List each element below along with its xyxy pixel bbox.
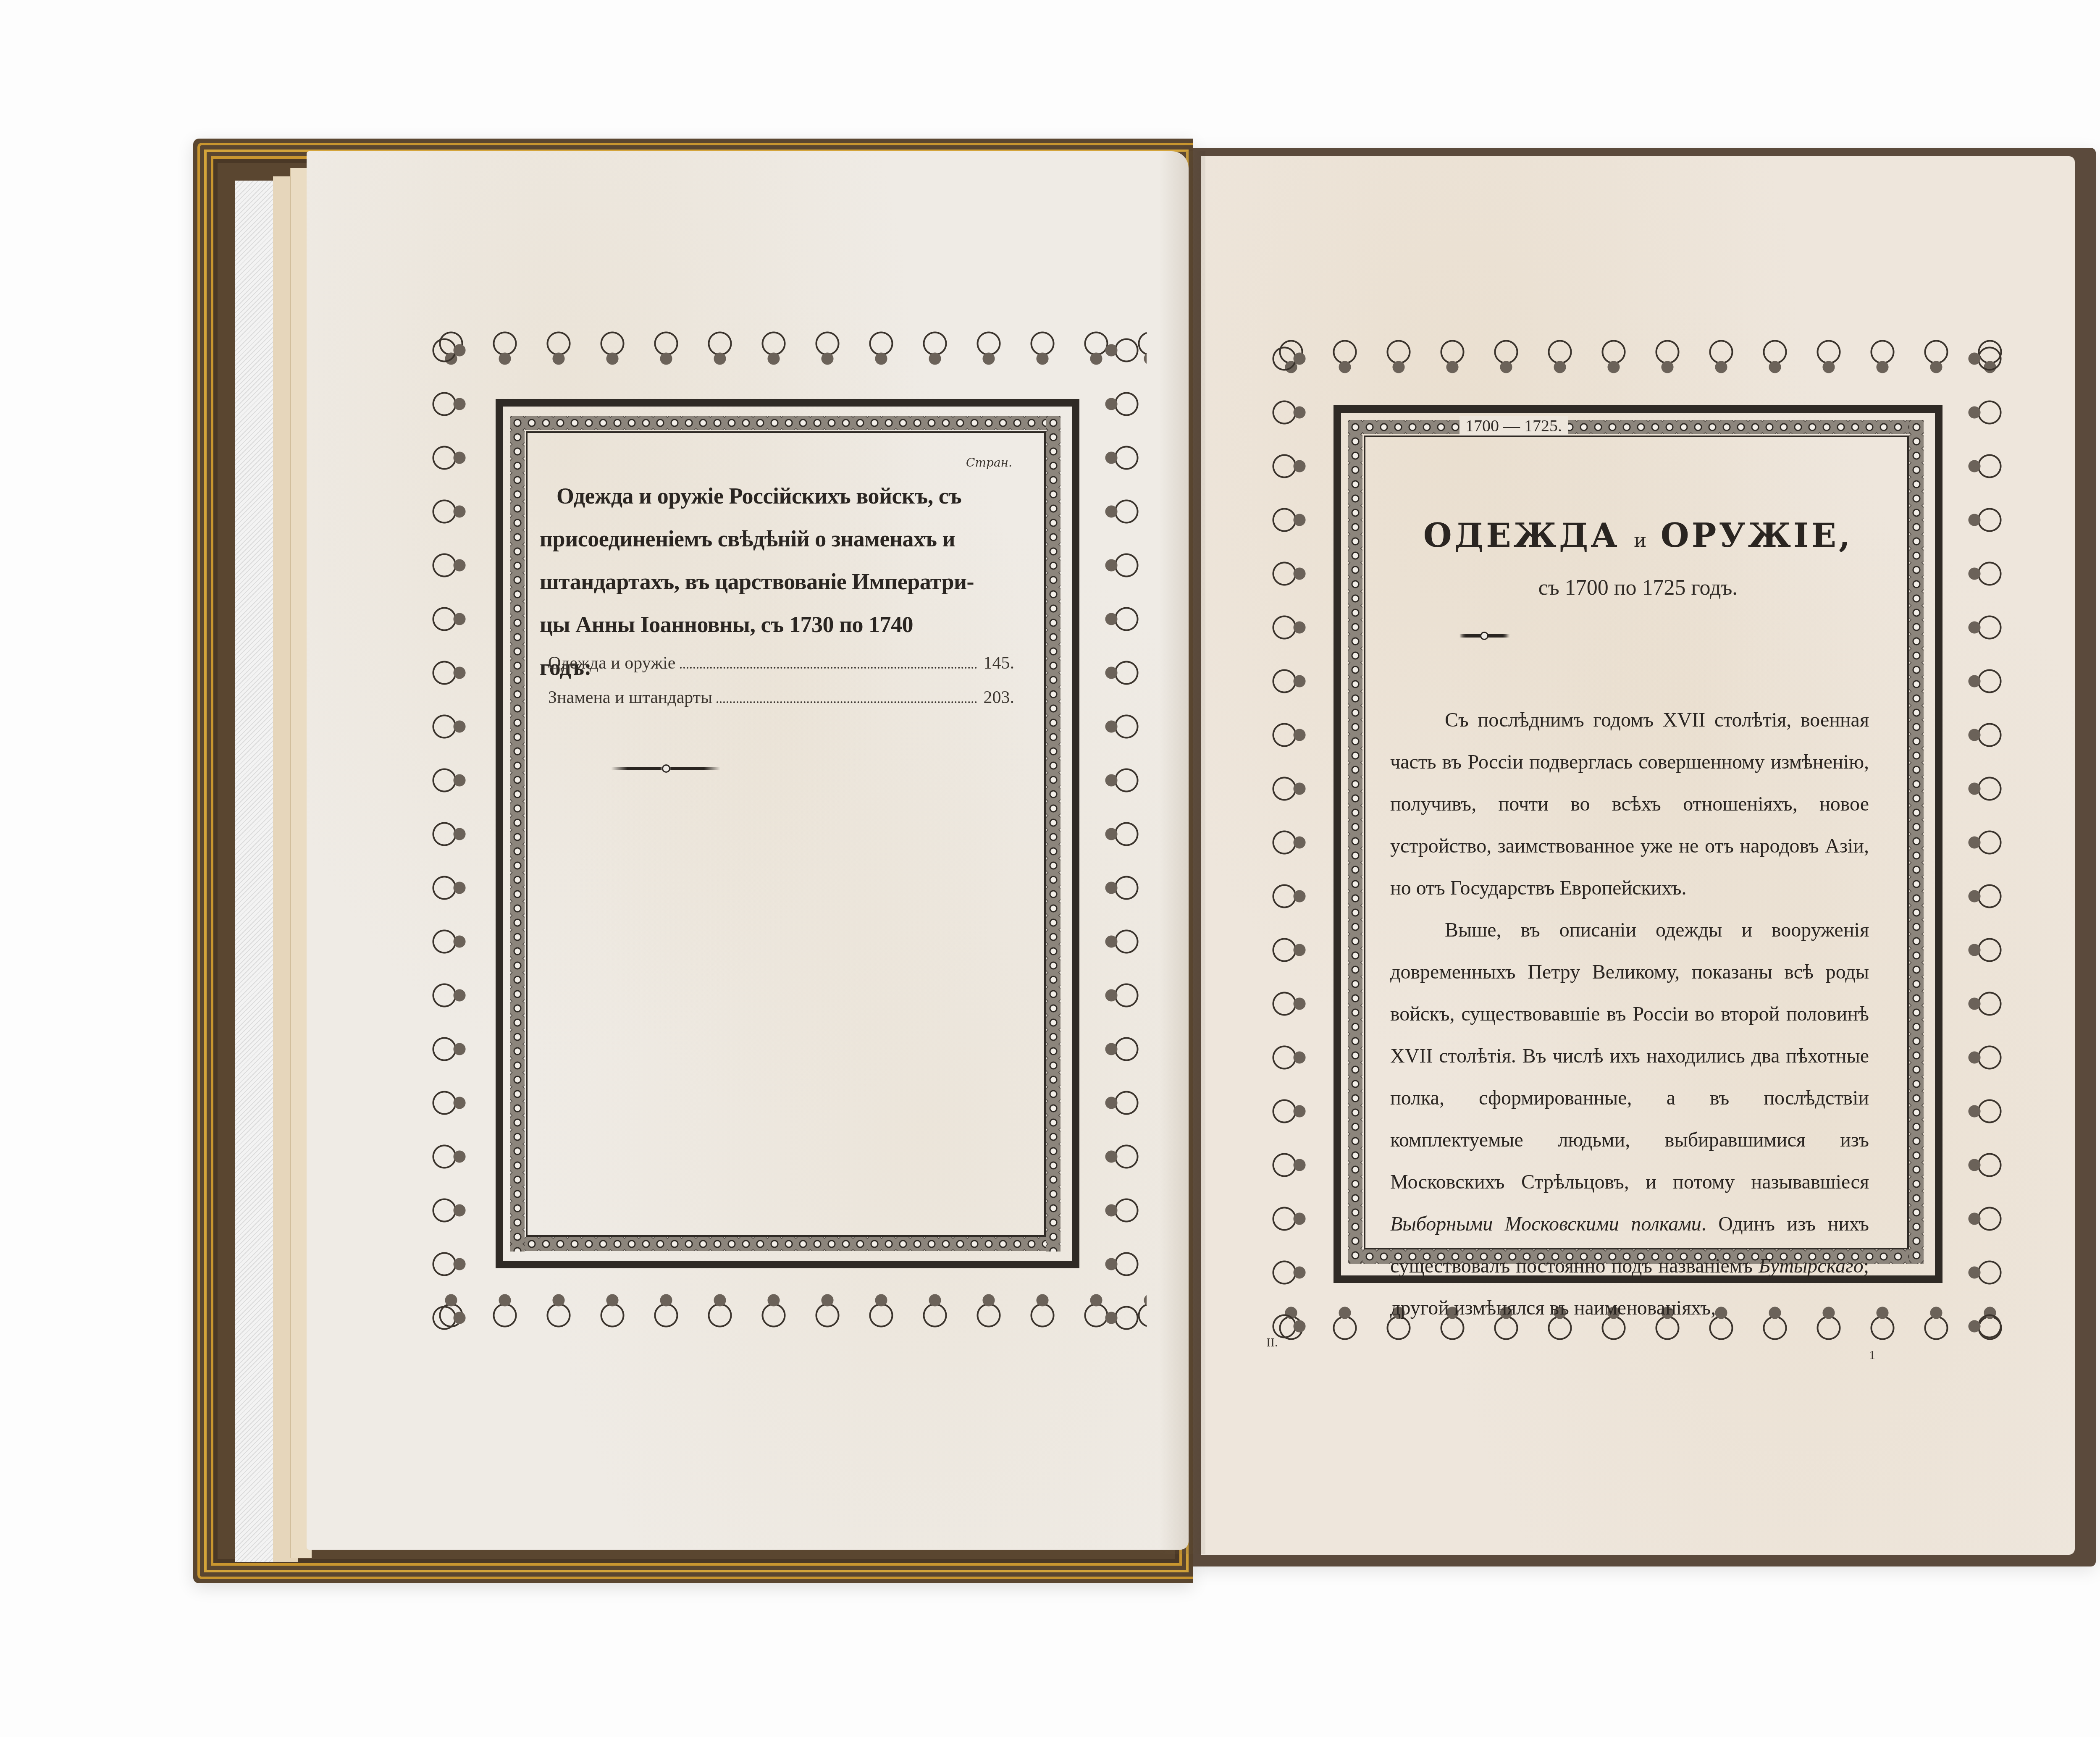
toc-heading-line: цы Анны Іоанновны, съ 1730 по 1740 [540,603,1031,646]
paragraph: Съ послѣднимъ годомъ XVII столѣтія, воен… [1390,699,1869,909]
chain-border-right [1909,420,1924,1263]
chain-border-left [510,416,525,1252]
signature-mark: 1 [1869,1348,1875,1362]
toc-heading-line: присоединеніемъ свѣдѣній о знаменахъ и [540,517,1031,560]
chapter-body: Съ послѣднимъ годомъ XVII столѣтія, воен… [1390,699,1869,1329]
toc-item-page: 203. [984,687,1015,708]
crest-border-left [424,323,475,1336]
paragraph-text: Выше, въ описаніи одежды и вооруженія до… [1390,919,1869,1193]
chain-border-right [1046,416,1060,1252]
crest-border-top [1264,332,2010,382]
ornamental-rule-center [1480,632,1488,640]
toc-heading-line: Одежда и оружіе Россійскихъ войскъ, съ [540,475,1031,517]
crest-border-top [424,323,1147,374]
chapter-title-joiner: и [1634,529,1647,551]
crest-border-bottom [424,1285,1147,1336]
toc-item-page: 145. [984,653,1015,673]
chain-border-top [510,416,1060,430]
chapter-title: ОДЕЖДА и ОРУЖІЕ, [1369,517,1907,555]
signature-mark: II. [1266,1336,1278,1350]
toc-list: Одежда и оружіе 145. Знамена и штандарты… [548,653,1014,719]
italic-term: Выборными Московскими полками [1390,1213,1701,1235]
toc-item-label: Одежда и оружіе [548,653,676,673]
leader-dots [717,701,976,703]
toc-item[interactable]: Одежда и оружіе 145. [548,653,1014,684]
chapter-subtitle: съ 1700 по 1725 годъ. [1369,575,1907,600]
ornamental-rule-center [662,764,670,773]
chain-border-bottom [510,1237,1060,1251]
toc-item[interactable]: Знамена и штандарты 203. [548,687,1014,719]
crest-border-left [1264,332,1315,1348]
endpaper-moire [235,181,273,1562]
crest-border-right [1959,332,2010,1348]
toc-item-label: Знамена и штандарты [548,687,712,708]
chapter-title-word: ОДЕЖДА [1423,517,1620,555]
leader-dots [680,667,977,669]
chain-border-left [1348,420,1362,1263]
paragraph: Выше, въ описаніи одежды и вооруженія до… [1390,909,1869,1329]
crest-border-right [1096,323,1147,1336]
italic-term: Бутырскаго [1759,1255,1864,1277]
page-column-header: Стран. [966,456,1012,470]
book-gutter [1159,151,1205,1554]
chapter-title-word: ОРУЖІЕ, [1661,517,1853,555]
chain-border-top [1348,420,1924,434]
toc-heading-line: штандартахъ, въ царствованіе Императри- [540,560,1031,603]
running-head-dates: 1700 — 1725. [1459,416,1568,436]
